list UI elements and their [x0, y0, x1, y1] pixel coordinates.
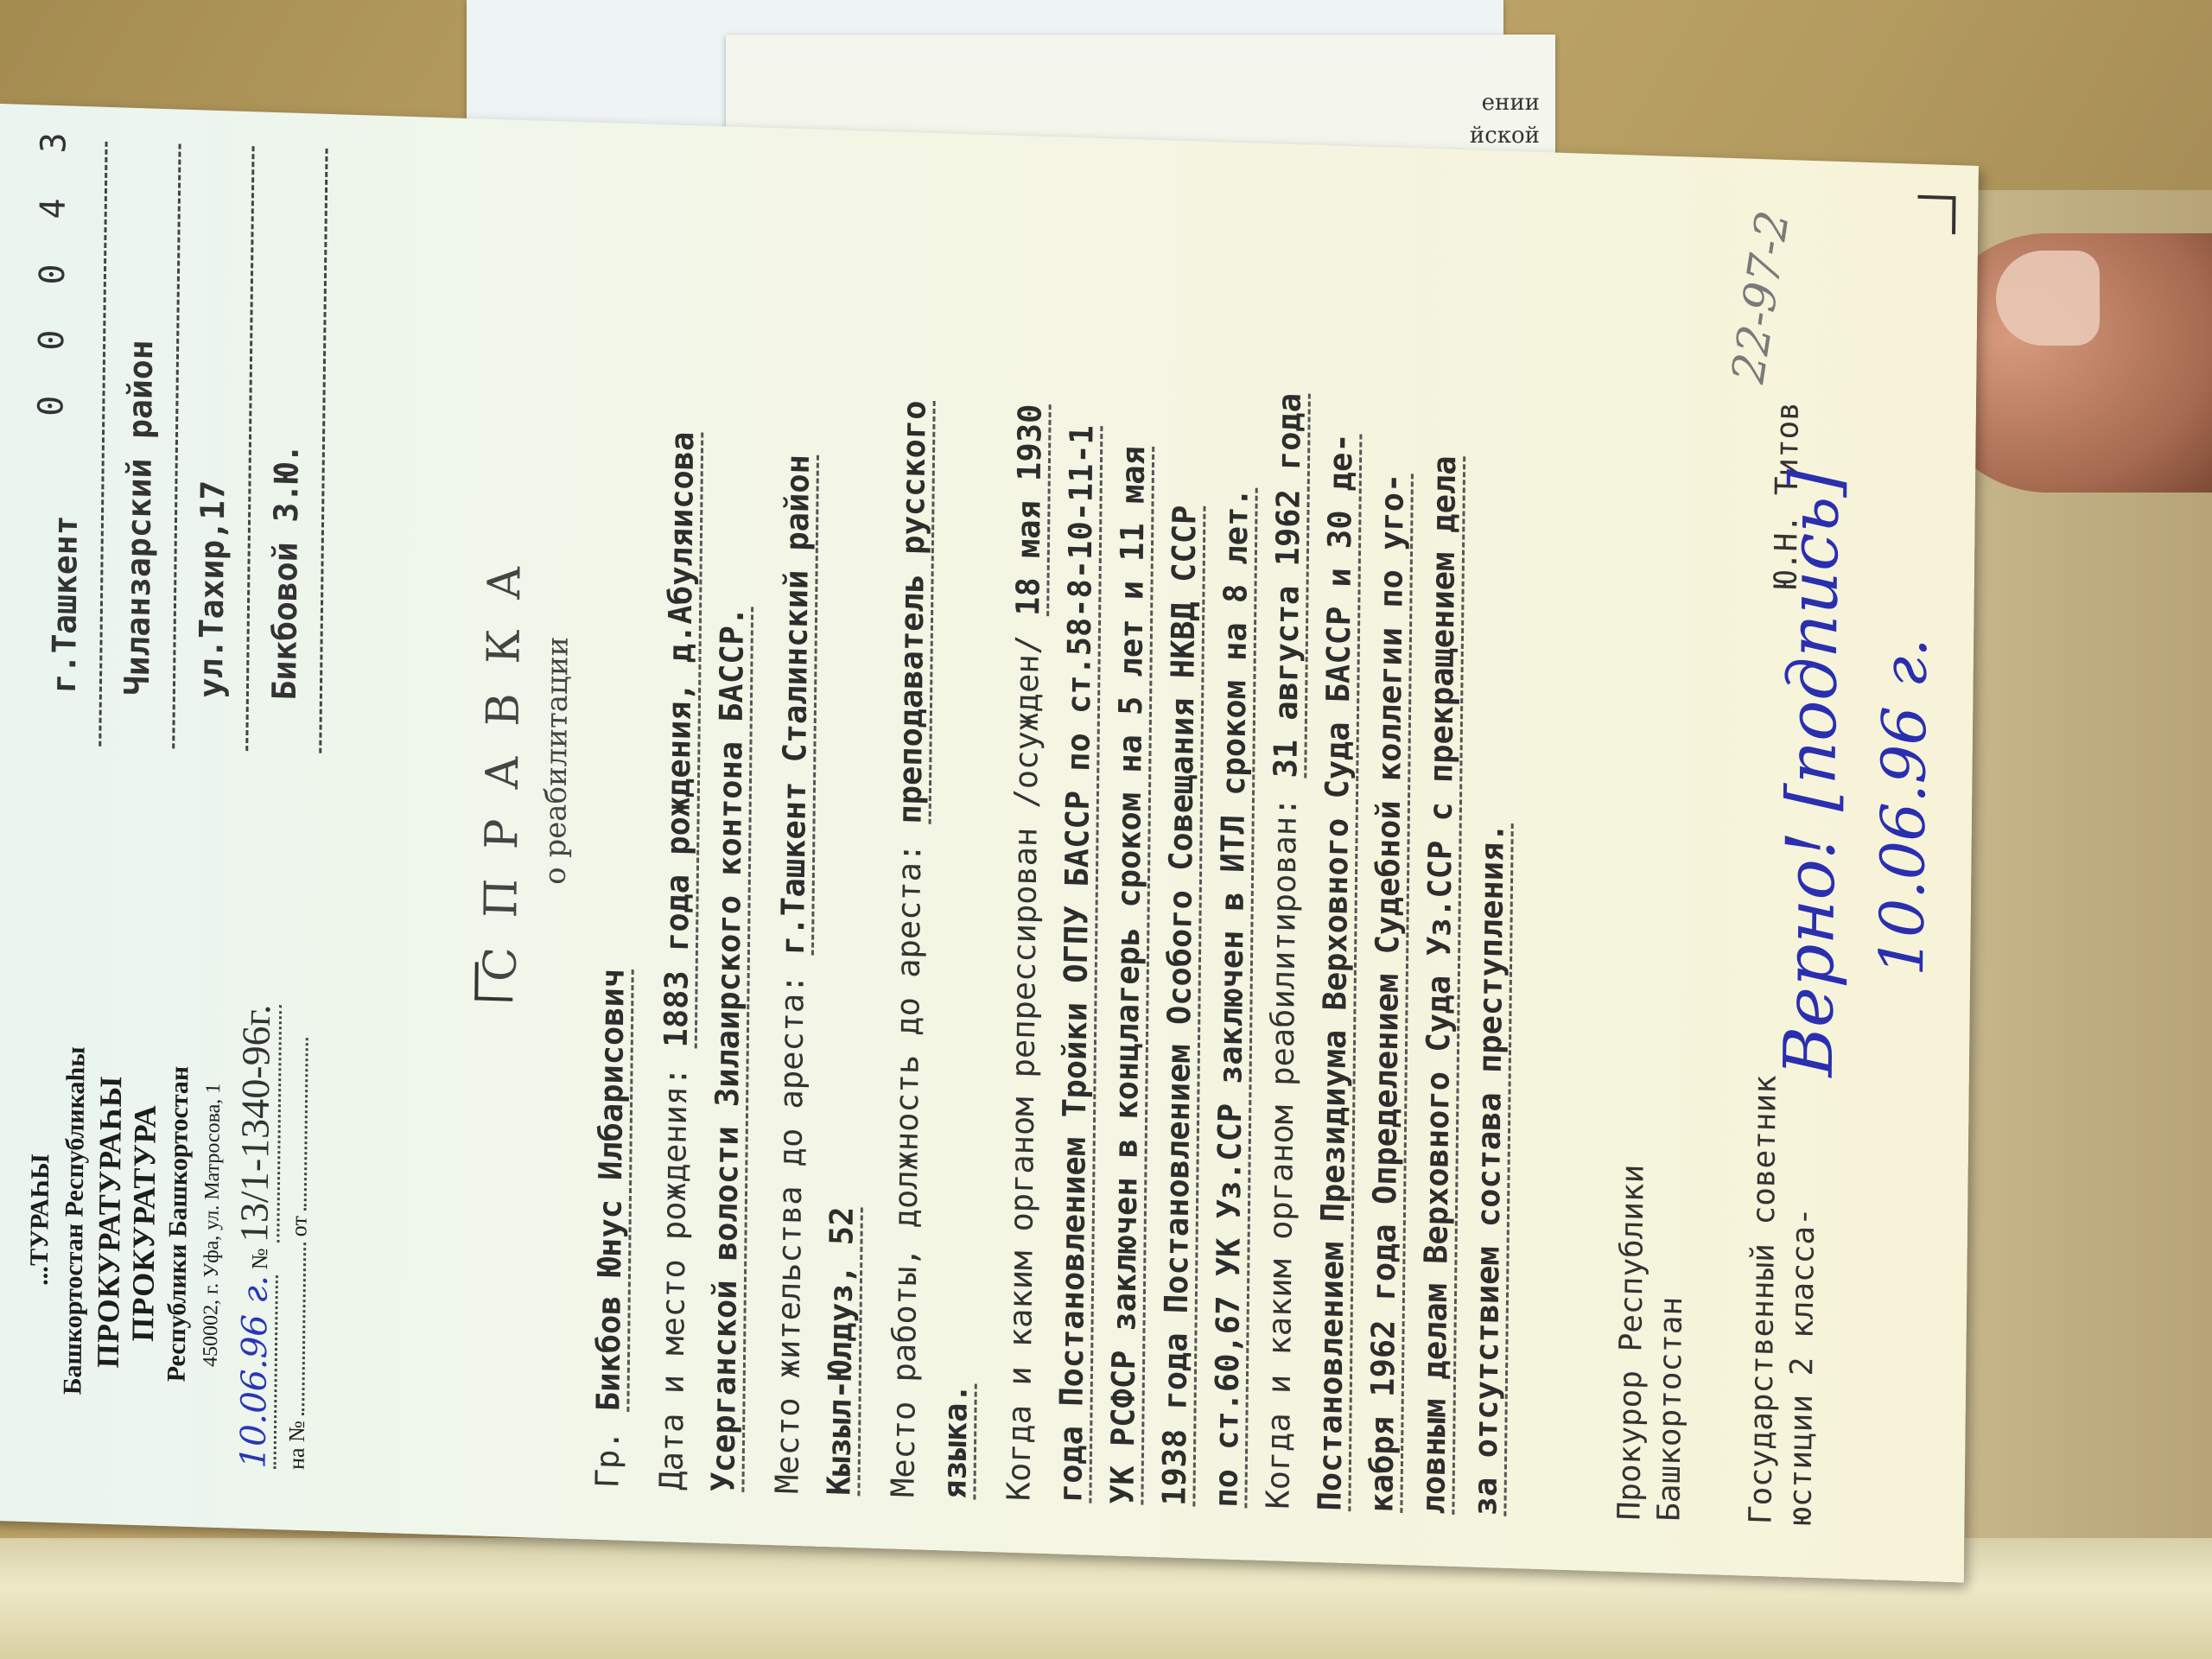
outgoing-number-row: 10.06.96 г. № 13/1-1340-96г.	[229, 984, 283, 1470]
certificate-body: Гр. Бикбов Юнус Илбарисович Дата и место…	[582, 140, 1525, 1516]
addressee-street: ул.Тахир,17	[175, 144, 254, 751]
title-main: СПРАВКА	[474, 499, 531, 1019]
handwritten-signature: Верно! [подпись]	[1770, 469, 1854, 1078]
handwritten-sign-date: 10.06.96 г.	[1866, 636, 1941, 976]
citizen-name: Бикбов Юнус Илбарисович	[589, 968, 633, 1412]
addressee-district: Чиланзарский район	[101, 142, 181, 748]
handwritten-date: 10.06.96 г.	[234, 1274, 278, 1469]
corner-mark	[1917, 195, 1955, 234]
addressee-name: Бикбовой З.Ю.	[248, 146, 327, 753]
rehabilitation-info: Постановлением Президиума Верховного Суд…	[1311, 433, 1362, 1512]
repression-info: года Постановлением Тройки ОГПУ БАССР по…	[1052, 424, 1103, 1503]
certificate-page: ...ТУРАҺЫ Башкортостан Республикаһы ПРОК…	[0, 104, 1979, 1582]
letterhead: ...ТУРАҺЫ Башкортостан Республикаһы ПРОК…	[21, 977, 315, 1470]
certificate-content: ...ТУРАҺЫ Башкортостан Республикаһы ПРОК…	[0, 104, 1979, 1582]
title-subtitle: о реабилитации	[537, 501, 576, 1020]
residence-info: г.Ташкент Сталинский район	[774, 454, 819, 955]
addressee-block: г.Ташкент Чиланзарский район ул.Тахир,17…	[28, 139, 327, 753]
document-title: СПРАВКА о реабилитации	[474, 499, 576, 1020]
work-info: преподаватель русского	[892, 400, 936, 824]
handwritten-certification: Верно! [подпись] 10.06.96 г.	[1727, 383, 1993, 1082]
reply-number-row: на № от	[284, 986, 315, 1471]
letterhead-address: 450002, г. Уфа, ул. Матросова, 1	[199, 982, 227, 1467]
thumbnail-nail	[1996, 251, 2100, 346]
birth-info: 1883 года рождения, д.Абуляисова	[658, 431, 703, 1048]
outgoing-number: 13/1-1340-96г.	[231, 1003, 282, 1243]
addressee-city: г.Ташкент	[28, 139, 107, 746]
